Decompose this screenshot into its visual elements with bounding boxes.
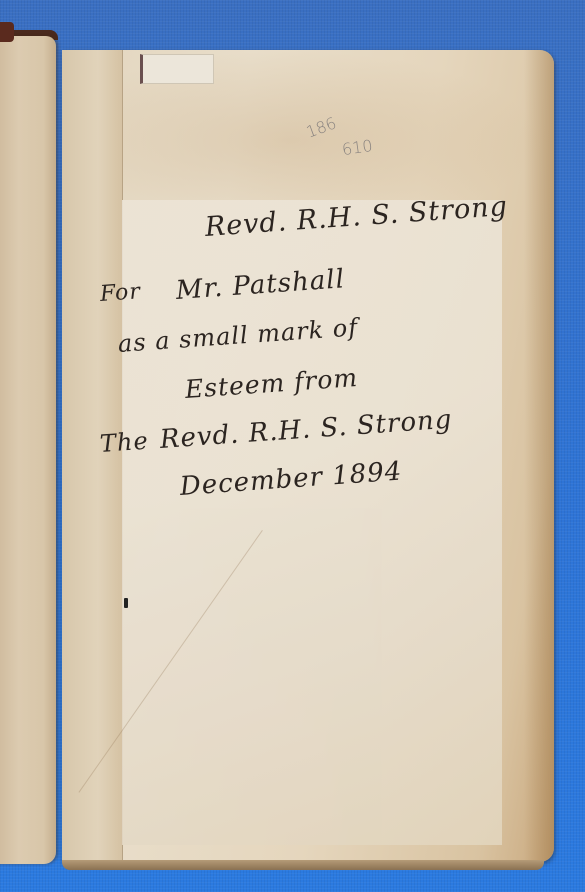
page-block-edge — [62, 860, 544, 870]
inscription-the-label: The — [99, 427, 150, 458]
paper-tab-label — [140, 54, 214, 84]
flyleaf-page — [62, 50, 554, 862]
inscription-for-label: For — [99, 279, 141, 307]
left-page-edge — [0, 36, 56, 864]
page-edge-browning — [524, 50, 554, 862]
photo-scene: 186 610 Revd. R.H. S. Strong For Mr. Pat… — [0, 0, 585, 892]
ink-blot-mark — [124, 598, 128, 608]
